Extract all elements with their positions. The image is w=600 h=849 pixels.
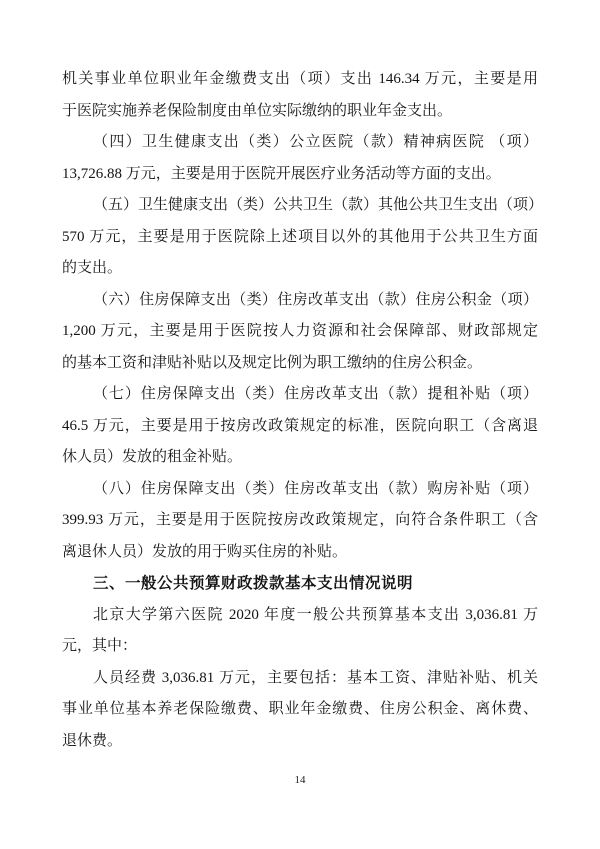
page-number: 14 bbox=[0, 774, 600, 786]
text-line: 于医院实施养老保险制度由单位实际缴纳的职业年金支出。 bbox=[62, 96, 538, 128]
text-line: 离退休人员）发放的用于购买住房的补贴。 bbox=[62, 537, 538, 569]
text-line: 元，其中： bbox=[62, 631, 538, 663]
text-line: 46.5 万元，主要是用于按房改政策规定的标准，医院向职工（含离退 bbox=[62, 411, 538, 443]
text-line: （四）卫生健康支出（类）公立医院（款）精神病医院 （项） bbox=[62, 127, 538, 159]
text-line: 1,200 万元，主要是用于医院按人力资源和社会保障部、财政部规定 bbox=[62, 316, 538, 348]
text-line: 事业单位基本养老保险缴费、职业年金缴费、住房公积金、离休费、 bbox=[62, 694, 538, 726]
text-line: 399.93 万元，主要是用于医院按房改政策规定，向符合条件职工（含 bbox=[62, 505, 538, 537]
text-block: 机关事业单位职业年金缴费支出（项）支出 146.34 万元，主要是用于医院实施养… bbox=[62, 64, 538, 757]
section-heading: 三、一般公共预算财政拨款基本支出情况说明 bbox=[62, 568, 538, 600]
text-line: （七）住房保障支出（类）住房改革支出（款）提租补贴（项） bbox=[62, 379, 538, 411]
text-line: 退休费。 bbox=[62, 726, 538, 758]
text-line: 570 万元，主要是用于医院除上述项目以外的其他用于公共卫生方面 bbox=[62, 222, 538, 254]
document-page: 机关事业单位职业年金缴费支出（项）支出 146.34 万元，主要是用于医院实施养… bbox=[0, 0, 600, 849]
text-line: 休人员）发放的租金补贴。 bbox=[62, 442, 538, 474]
text-line: 13,726.88 万元，主要是用于医院开展医疗业务活动等方面的支出。 bbox=[62, 159, 538, 191]
text-line: 人员经费 3,036.81 万元，主要包括：基本工资、津贴补贴、机关 bbox=[62, 663, 538, 695]
text-line: （六）住房保障支出（类）住房改革支出（款）住房公积金（项） bbox=[62, 285, 538, 317]
text-line: 北京大学第六医院 2020 年度一般公共预算基本支出 3,036.81 万 bbox=[62, 600, 538, 632]
text-line: 的基本工资和津贴补贴以及规定比例为职工缴纳的住房公积金。 bbox=[62, 348, 538, 380]
text-line: 的支出。 bbox=[62, 253, 538, 285]
text-line: （八）住房保障支出（类）住房改革支出（款）购房补贴（项） bbox=[62, 474, 538, 506]
text-line: 机关事业单位职业年金缴费支出（项）支出 146.34 万元，主要是用 bbox=[62, 64, 538, 96]
text-line: （五）卫生健康支出（类）公共卫生（款）其他公共卫生支出（项） bbox=[62, 190, 538, 222]
